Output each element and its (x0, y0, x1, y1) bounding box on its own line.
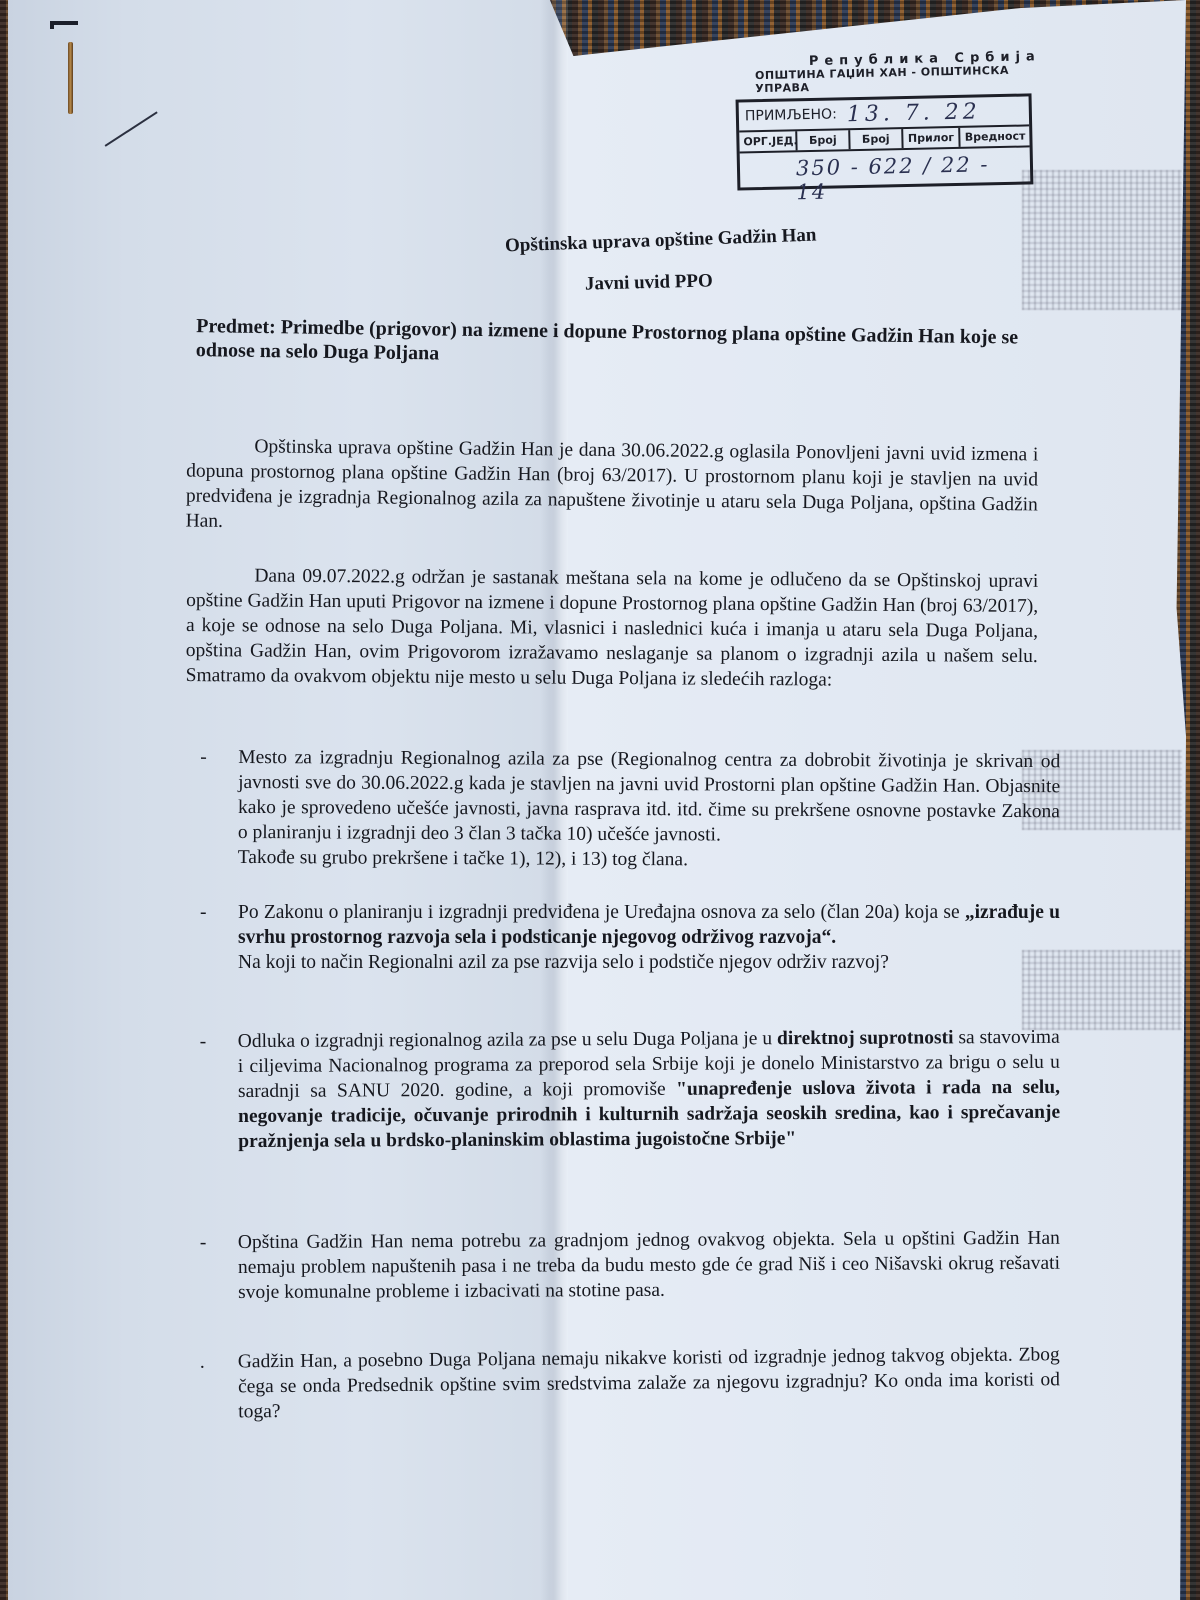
stamp-municipality: ОПШТИНА ГАЏИН ХАН - ОПШТИНСКА УПРАВА (755, 63, 1055, 95)
bullet-dash: - (200, 1029, 207, 1054)
stamp-col-org: ОРГ.ЈЕД. (739, 131, 797, 151)
objection-item-4: - Opština Gadžin Han nema potrebu za gra… (200, 1226, 1060, 1306)
pen-mark-corner (50, 21, 78, 25)
bullet-dot: . (200, 1350, 205, 1375)
stamp-col-attachment: Прилог (903, 128, 961, 148)
stamp-col-number-2: Број (850, 129, 903, 149)
staple-mark (68, 42, 73, 114)
objection-item-2: - Po Zakonu o planiranju i izgradnji pre… (200, 900, 1060, 975)
stamp-col-value: Вредност (961, 126, 1030, 146)
document-subtitle: Javni uvid PPO (585, 270, 713, 295)
stamp-received-label: ПРИМЉЕНО: (745, 106, 837, 124)
paragraph-2: Dana 09.07.2022.g održan je sastanak meš… (186, 563, 1039, 694)
stamp-received-date: 13. 7. 22 (847, 99, 981, 127)
objection-item-5: . Gadžin Han, a posebno Duga Poljana nem… (200, 1342, 1061, 1425)
stamp-entry-number: 350 - 622 / 22 - 14 (740, 147, 1031, 187)
stamp-entry-row: 350 - 622 / 22 - 14 (740, 147, 1031, 187)
objection-item-2-question: Na koji to način Regionalni azil za pse … (200, 950, 1060, 975)
bullet-dash: - (200, 1230, 207, 1255)
bullet-dash: - (200, 745, 207, 770)
stamp-col-number: Број (797, 130, 850, 150)
objection-item-1: - Mesto za izgradnju Regionalnog azila z… (200, 745, 1061, 875)
objection-item-1-note: Takođe su grubo prekršene i tačke 1), 12… (200, 845, 1060, 875)
paragraph-1: Opštinska uprava opštine Gadžin Han je d… (185, 434, 1038, 543)
stamp-box: ПРИМЉЕНО: 13. 7. 22 ОРГ.ЈЕД. Број Број П… (736, 93, 1034, 190)
emphasis-direct-contradiction: direktnoj suprotnosti (777, 1027, 954, 1049)
toner-smudge (1022, 170, 1182, 310)
objection-item-3: - Odluka o izgradnji regionalnog azila z… (200, 1025, 1061, 1155)
bullet-dash: - (200, 900, 207, 925)
registry-stamp: Република Србија ОПШТИНА ГАЏИН ХАН - ОПШ… (755, 49, 1058, 190)
